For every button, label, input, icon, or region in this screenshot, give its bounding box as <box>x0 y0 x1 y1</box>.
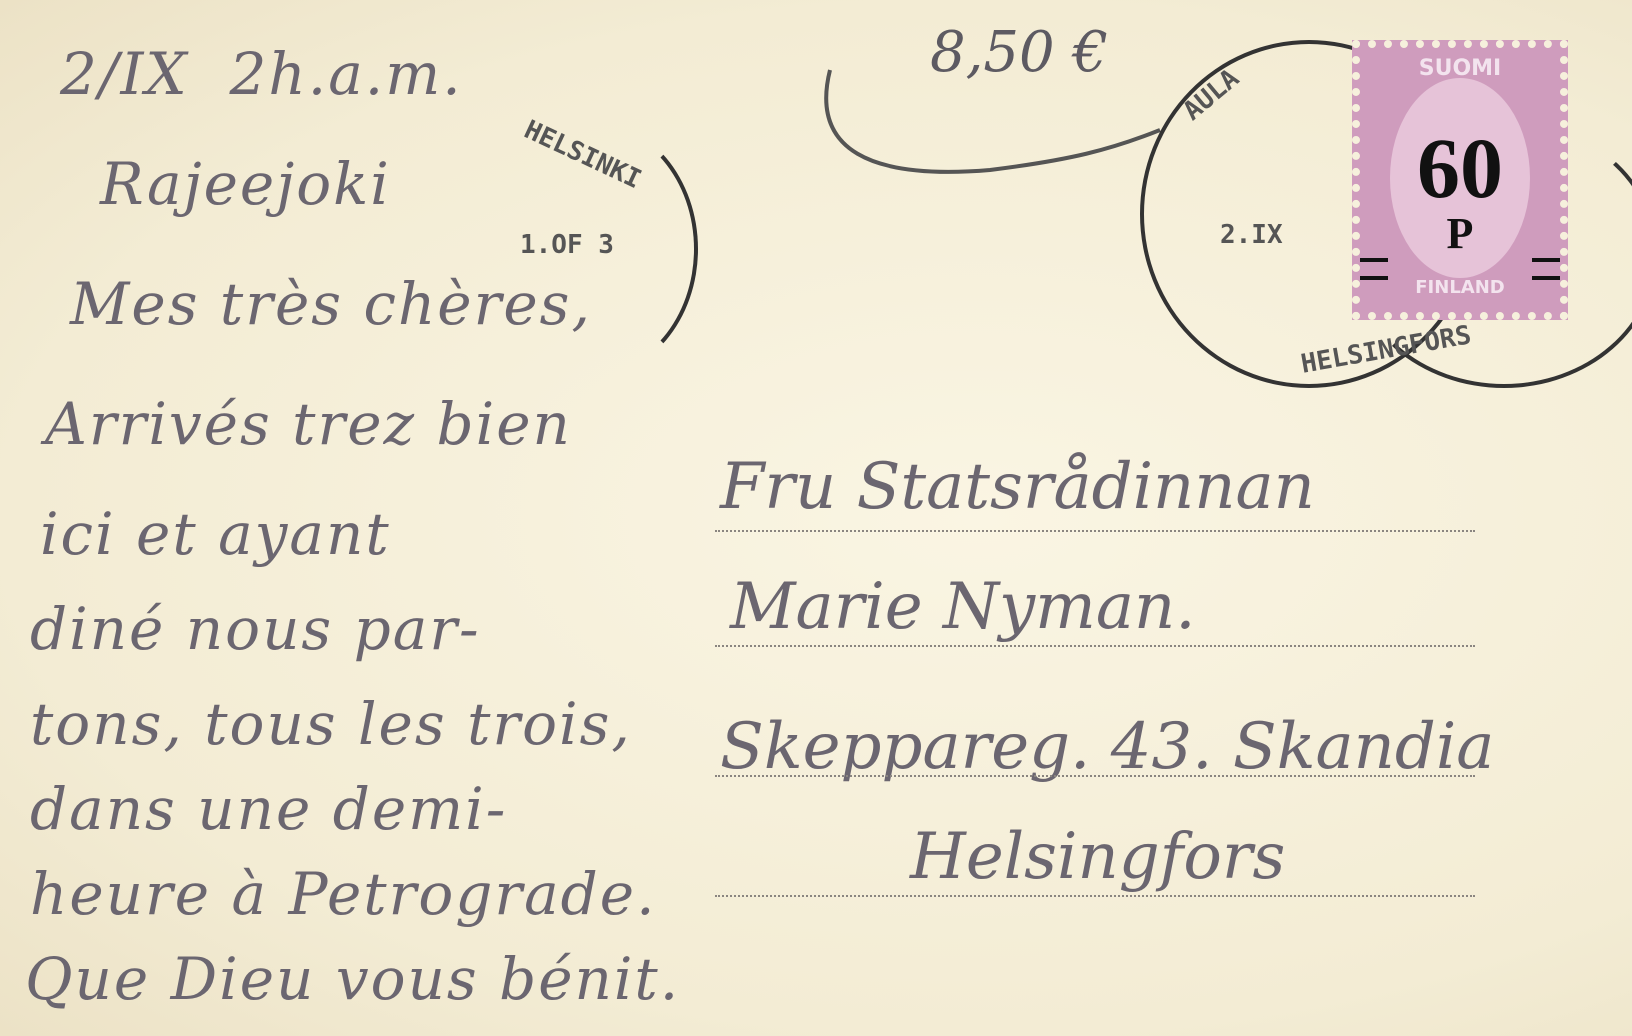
stamp-country-bottom: FINLAND <box>1360 277 1560 298</box>
address-rule <box>715 775 1475 777</box>
message-line: Que Dieu vous bénit. <box>25 945 680 1013</box>
address-line: Skeppareg. 43. Skandia <box>720 710 1494 784</box>
message-line: ici et ayant <box>40 500 391 568</box>
stamp-overprint-unit: P <box>1360 208 1560 259</box>
message-line: dans une demi- <box>30 775 507 843</box>
place-note: Rajeejoki <box>100 150 391 218</box>
stamp-overprint-value: 60 <box>1360 118 1560 218</box>
address-rule <box>715 645 1475 647</box>
message-line: Arrivés trez bien <box>45 390 572 458</box>
postcard-back: 2/IX 2h.a.m. Rajeejoki Mes très chères, … <box>0 0 1632 1036</box>
stamp-country-top: SUOMI <box>1360 56 1560 81</box>
pencil-curve <box>810 60 1170 200</box>
address-line: Fru Statsrådinnan <box>720 450 1315 524</box>
message-line: heure à Petrograde. <box>30 860 657 928</box>
postmark-aula-date: 2.IX <box>1220 220 1283 250</box>
address-line: Marie Nyman. <box>730 570 1196 644</box>
address-rule <box>715 895 1475 897</box>
postmark-helsinki-date: 1.OF 3 <box>520 230 614 260</box>
address-rule <box>715 530 1475 532</box>
postage-stamp: SUOMI 60 P FINLAND <box>1352 40 1568 320</box>
message-line: diné nous par- <box>30 595 481 663</box>
message-line: tons, tous les trois, <box>30 690 632 758</box>
date-note: 2/IX 2h.a.m. <box>60 40 463 108</box>
address-line: Helsingfors <box>910 820 1285 894</box>
